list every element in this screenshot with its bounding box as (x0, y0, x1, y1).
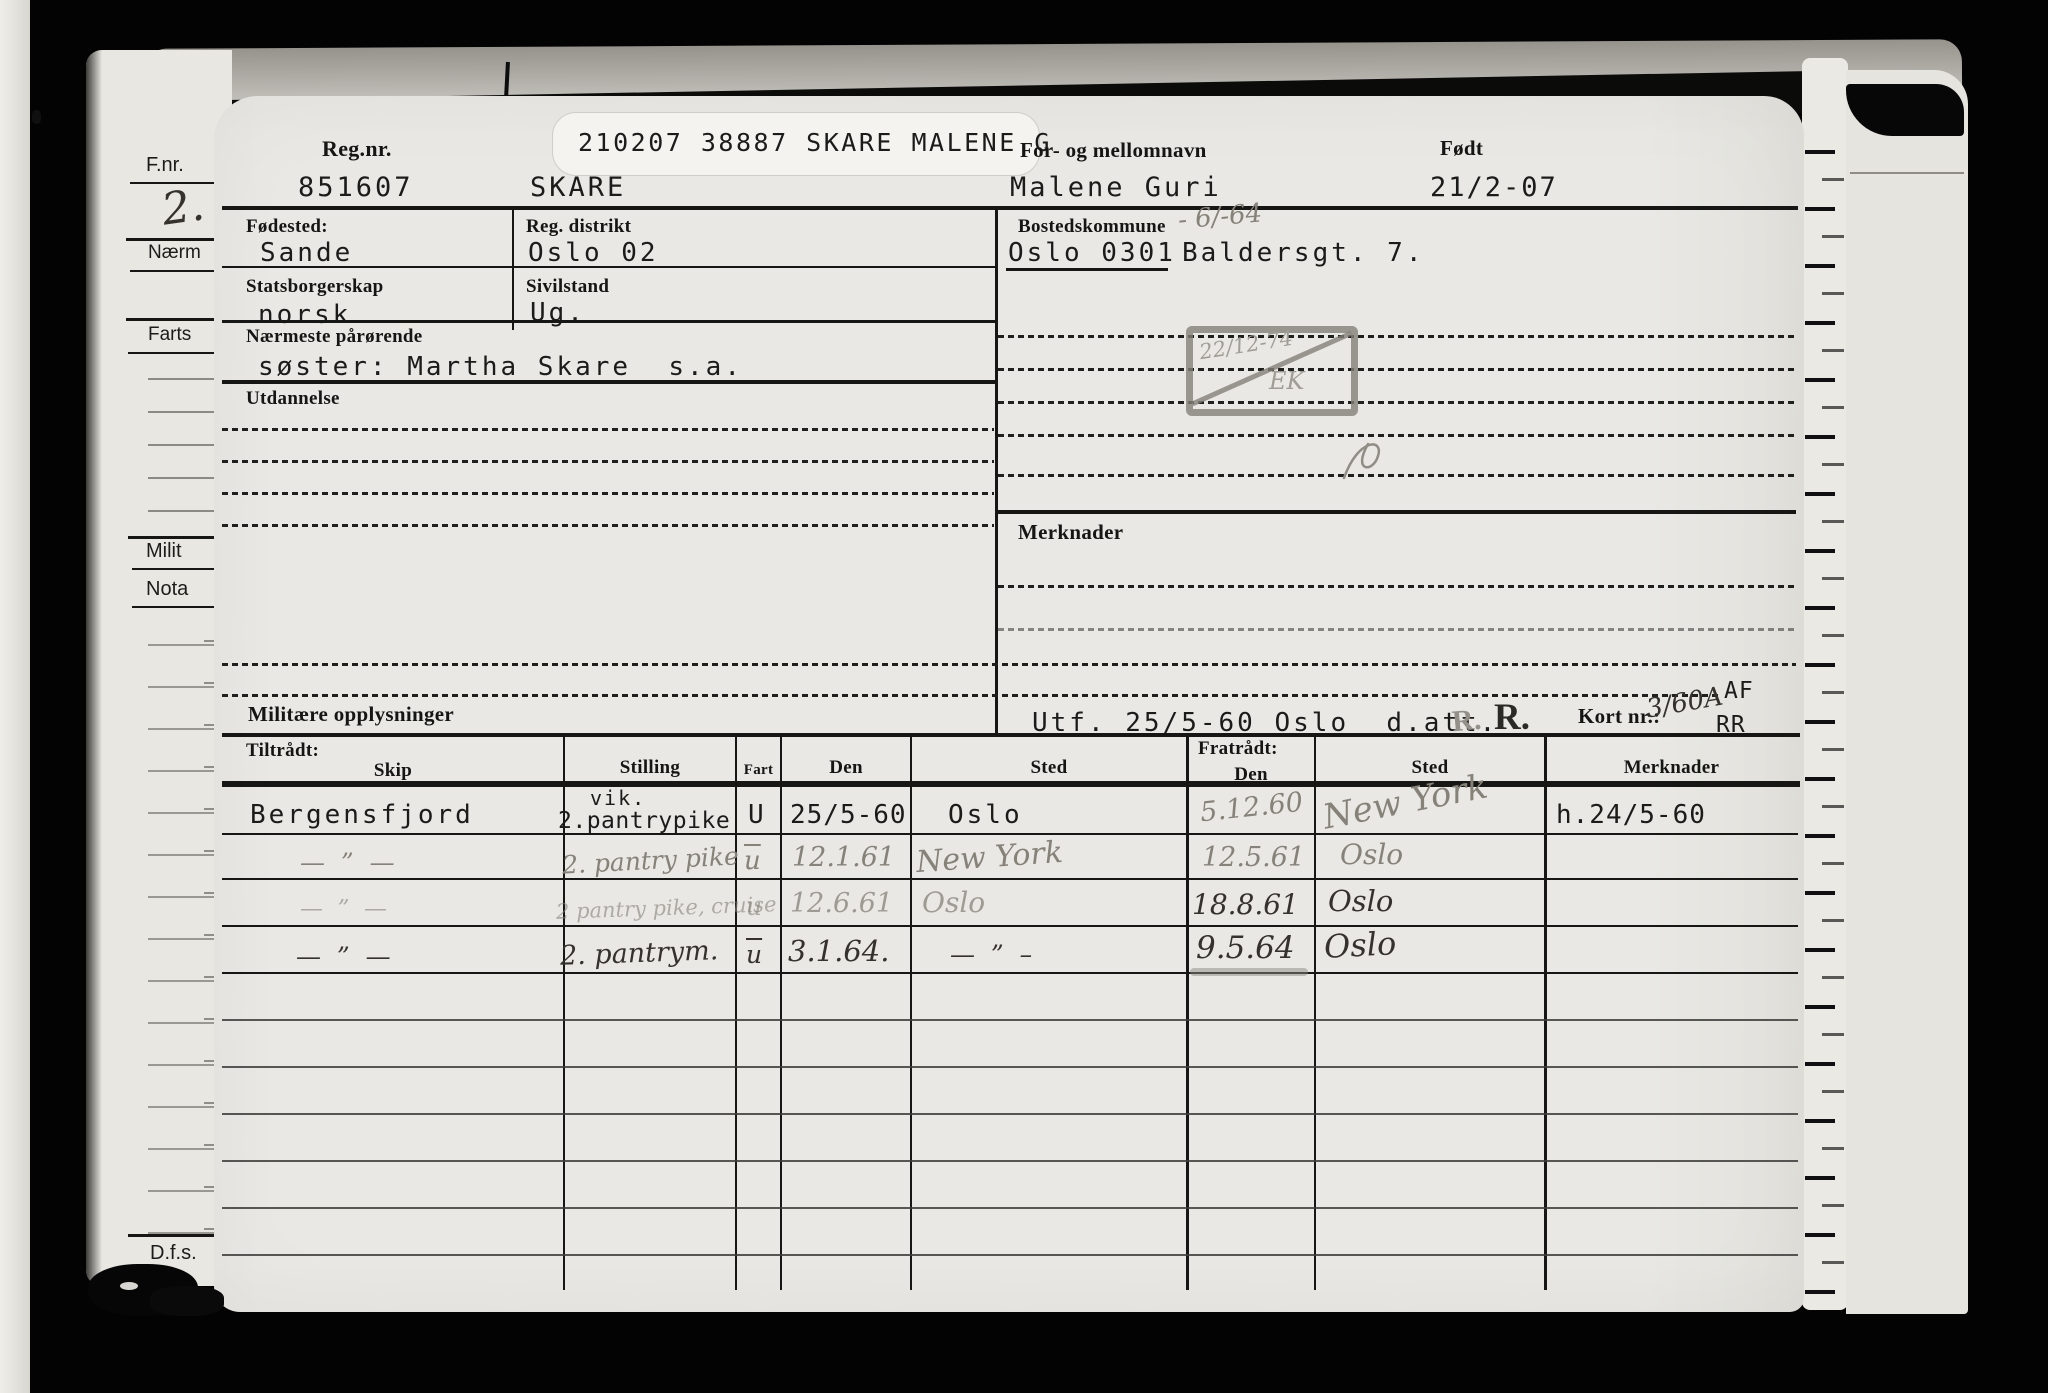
row-rule (222, 972, 1798, 974)
margin-label-milit: Milit (146, 540, 182, 563)
row2-fratradt-den: 12.5.61 (1202, 842, 1305, 873)
left-page-edge (0, 0, 30, 1393)
fnr-value: 851607 (298, 172, 414, 203)
cancellation-stamp: 22/12-74 EK (1186, 326, 1358, 416)
margin-label-naerm: Nærm (148, 242, 201, 264)
dotted-rule (998, 628, 1796, 631)
rule-header-heavy (222, 206, 1798, 210)
divider-birthplace-district (512, 208, 514, 330)
row-rule (222, 1207, 1798, 1209)
military-label: Militære opplysninger (248, 702, 454, 727)
row4-pencil-smudge (1190, 968, 1308, 976)
marital-label: Sivilstand (526, 276, 609, 298)
row1-stilling: 2.pantrypike (558, 808, 730, 834)
row3-sted: Oslo (922, 886, 985, 919)
row-rule (222, 1113, 1798, 1115)
row3-den: 12.6.61 (790, 888, 893, 919)
stamp-initials: EK (1269, 367, 1304, 395)
born-label: Født (1440, 136, 1483, 161)
row4-fart: u (746, 940, 762, 969)
row2-den: 12.1.61 (792, 842, 895, 873)
left-margin-card-edge (86, 50, 102, 1286)
row1-merknader: h.24/5-60 (1556, 800, 1706, 830)
edge-speck (32, 110, 41, 124)
regnr-value: 210207 38887 SKARE MALENE G (578, 128, 1052, 157)
row1-den: 25/5-60 (790, 800, 907, 830)
row1-stilling-top: vik. (590, 786, 646, 810)
dotted-rule (222, 492, 994, 495)
row4-fratradt-sted: Oslo (1323, 924, 1397, 966)
scanned-register-card-page: F.nr. 2. Nærm Farts Milit Nota D.f.s. Re… (0, 0, 2048, 1393)
row-rule (222, 1066, 1798, 1068)
margin-label-farts: Farts (148, 324, 191, 346)
row3-fratradt-sted: Oslo (1328, 884, 1393, 918)
municipality-underline (1006, 268, 1168, 271)
margin-handwritten-2: 2. (159, 179, 208, 235)
row2-skip-ditto: — ” — (300, 848, 395, 877)
regnr-label: Reg.nr. (322, 136, 392, 162)
row4-den: 3.1.64. (788, 934, 889, 968)
name-value: Malene Guri (1010, 172, 1222, 203)
row4-fratradt-den: 9.5.64 (1196, 930, 1295, 966)
municipality-label: Bostedskommune (1018, 216, 1166, 238)
dotted-rule (222, 524, 994, 527)
district-value: Oslo 02 (528, 238, 659, 268)
marital-value: Ug. (530, 298, 586, 328)
col-merknader: Merknader (1545, 757, 1798, 779)
stamp-date: 22/12-74 (1198, 326, 1295, 364)
row3-fart: u (746, 892, 762, 921)
row2-fart: u (744, 846, 761, 876)
rule-kin-heavy (222, 380, 998, 384)
name-label: For- og mellomnavn (1020, 138, 1207, 163)
row3-skip-ditto: — ” — (300, 896, 387, 922)
rule-table-top-heavy (222, 733, 1800, 737)
dotted-rule (222, 460, 994, 463)
dotted-rule (998, 585, 1796, 588)
col-fart: Fart (736, 762, 781, 779)
col-sted: Sted (911, 757, 1187, 779)
margin-label-nota: Nota (146, 578, 188, 601)
right-underlying-card (1846, 70, 1968, 1314)
row2-fratradt-sted: Oslo (1340, 838, 1403, 871)
col-skip: Skip (222, 760, 564, 782)
birthplace-value: Sande (260, 238, 353, 268)
row-rule (222, 833, 1798, 835)
remarks-label: Merknader (1018, 520, 1123, 545)
margin-label-fnr: F.nr. (146, 154, 184, 177)
row-rule (222, 1254, 1798, 1256)
row1-skip: Bergensfjord (250, 800, 474, 830)
pencil-doodle (1338, 432, 1398, 484)
born-value: 21/2-07 (1430, 172, 1558, 203)
district-label: Reg. distrikt (526, 216, 631, 238)
margin-label-dfs: D.f.s. (150, 1242, 197, 1265)
dotted-rule (998, 335, 1796, 338)
rule-strike-norsk (222, 320, 996, 323)
bottom-left-blob-2 (150, 1286, 224, 1316)
right-strip-ticks-minor (1822, 178, 1844, 1298)
municipality-value: Oslo 0301 (1008, 238, 1176, 268)
dotted-rule (998, 401, 1796, 404)
divider-left-right-columns (995, 208, 998, 737)
row4-stilling: 2. pantrym. (560, 935, 719, 972)
af-text: AF (1724, 678, 1754, 704)
address-value: Baldersgt. 7. (1182, 238, 1425, 268)
row4-sted-ditto: — ” – (950, 940, 1032, 969)
row-rule (222, 1160, 1798, 1162)
birthplace-label: Fødested: (246, 216, 328, 238)
rule-table-header-heavy (222, 781, 1800, 787)
citizenship-label: Statsborgerskap (246, 276, 384, 298)
kin-label: Nærmeste pårørende (246, 326, 423, 348)
rule-merknader-heavy (998, 510, 1796, 514)
row1-fart: U (748, 800, 767, 830)
kin-value: søster: Martha Skare s.a. (258, 352, 743, 382)
dotted-rule (222, 663, 1796, 666)
dotted-rule (222, 428, 994, 431)
bottom-left-speck (120, 1282, 138, 1290)
row-rule (222, 1019, 1798, 1021)
tiltradt-label: Tiltrådt: (246, 740, 319, 762)
row1-sted: Oslo (948, 800, 1023, 830)
col-stilling: Stilling (564, 757, 736, 779)
education-label: Utdannelse (246, 388, 340, 410)
dotted-rule (998, 368, 1796, 371)
surname-value: SKARE (530, 172, 626, 203)
row4-skip-ditto: — ” — (296, 942, 391, 971)
fratradt-label: Fratrådt: (1198, 738, 1278, 760)
row-rule (222, 878, 1798, 880)
rule (222, 266, 996, 268)
row-rule (222, 925, 1798, 927)
row3-fratradt-den: 18.8.61 (1192, 888, 1299, 921)
col-den: Den (781, 757, 911, 779)
right-card-rule (1850, 172, 1964, 174)
